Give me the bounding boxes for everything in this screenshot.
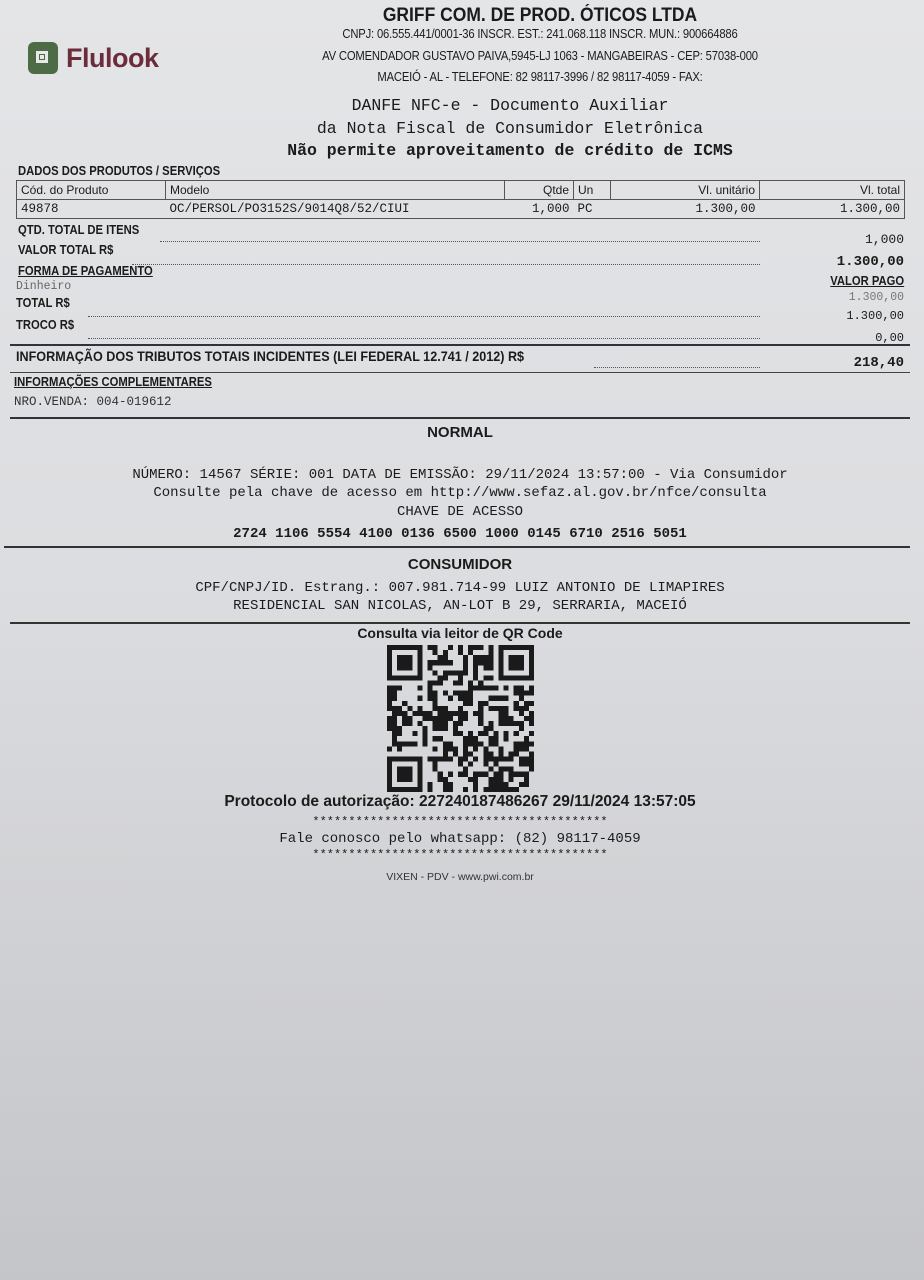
authorization-protocol: Protocolo de autorização: 22724018748626… xyxy=(160,793,760,811)
leader-dots xyxy=(88,338,760,339)
paid-value-header: VALOR PAGO xyxy=(830,274,904,288)
col-unit: Un xyxy=(574,181,611,200)
document-notice: Não permite aproveitamento de crédito de… xyxy=(220,141,800,160)
col-unit-price: Vl. unitário xyxy=(611,181,760,200)
col-qty: Qtde xyxy=(505,181,574,200)
complementary-section-title: INFORMAÇÕES COMPLEMENTARES xyxy=(14,375,212,389)
consumer-section-title: CONSUMIDOR xyxy=(300,556,620,573)
company-name: GRIFF COM. DE PROD. ÓTICOS LTDA xyxy=(301,5,779,27)
change-label: TROCO R$ xyxy=(16,318,74,332)
whatsapp-contact: Fale conosco pelo whatsapp: (82) 98117-4… xyxy=(160,831,760,847)
col-model: Modelo xyxy=(166,181,505,200)
total-value-label: VALOR TOTAL R$ xyxy=(18,243,113,257)
software-credit: VIXEN - PDV - www.pwi.com.br xyxy=(260,871,660,883)
taxes-label: INFORMAÇÃO DOS TRIBUTOS TOTAIS INCIDENTE… xyxy=(16,348,524,364)
divider xyxy=(10,417,910,419)
payment-method: Dinheiro xyxy=(16,280,71,293)
document-title-line1: DANFE NFC-e - Documento Auxiliar xyxy=(220,96,800,115)
divider xyxy=(10,372,910,373)
product-unit: PC xyxy=(574,200,611,219)
qty-total-value: 1,000 xyxy=(865,232,904,247)
payment-method-value: 1.300,00 xyxy=(849,291,904,304)
leader-dots xyxy=(88,316,760,317)
total-value: 1.300,00 xyxy=(837,254,904,270)
access-key: 2724 1106 5554 4100 0136 6500 1000 0145 … xyxy=(40,526,880,542)
consumer-address: RESIDENCIAL SAN NICOLAS, AN-LOT B 29, SE… xyxy=(40,598,880,614)
document-title-line2: da Nota Fiscal de Consumidor Eletrônica xyxy=(220,119,800,138)
product-unit-price: 1.300,00 xyxy=(611,200,760,219)
product-code: 49878 xyxy=(17,200,166,219)
col-total: Vl. total xyxy=(760,181,905,200)
payment-section-title: FORMA DE PAGAMENTO xyxy=(18,264,153,278)
table-row: 49878 OC/PERSOL/PO3152S/9014Q8/52/CIUI 1… xyxy=(17,200,905,219)
flulook-logo-icon xyxy=(28,42,58,74)
col-code: Cód. do Produto xyxy=(17,181,166,200)
payment-total-label: TOTAL R$ xyxy=(16,296,70,310)
emission-number-line: NÚMERO: 14567 SÉRIE: 001 DATA DE EMISSÃO… xyxy=(40,467,880,483)
issuer-city-phone: MACEIÓ - AL - TELEFONE: 82 98117-3996 / … xyxy=(279,70,801,84)
leader-dots xyxy=(160,241,760,242)
consumer-id: CPF/CNPJ/ID. Estrang.: 007.981.714-99 LU… xyxy=(40,580,880,596)
stars-separator: ****************************************… xyxy=(160,848,760,862)
emission-consult-line: Consulte pela chave de acesso em http://… xyxy=(40,485,880,501)
brand-name: Flulook xyxy=(66,43,159,74)
qr-code-icon[interactable] xyxy=(387,645,534,792)
access-key-title: CHAVE DE ACESSO xyxy=(40,504,880,520)
products-section-title: DADOS DOS PRODUTOS / SERVIÇOS xyxy=(18,164,220,178)
leader-dots xyxy=(594,367,760,368)
leader-dots xyxy=(132,264,760,265)
payment-total-value: 1.300,00 xyxy=(846,309,904,323)
brand-logo: Flulook xyxy=(28,42,159,74)
divider xyxy=(10,344,910,346)
product-model: OC/PERSOL/PO3152S/9014Q8/52/CIUI xyxy=(166,200,505,219)
issuer-registration: CNPJ: 06.555.441/0001-36 INSCR. EST.: 24… xyxy=(279,27,801,41)
stars-separator: ****************************************… xyxy=(160,815,760,829)
qty-total-label: QTD. TOTAL DE ITENS xyxy=(18,223,139,237)
qr-title: Consulta via leitor de QR Code xyxy=(260,625,660,641)
divider xyxy=(10,622,910,624)
product-qty: 1,000 xyxy=(505,200,574,219)
sale-number: NRO.VENDA: 004-019612 xyxy=(14,395,172,409)
divider xyxy=(4,546,910,548)
emission-type: NORMAL xyxy=(300,424,620,441)
receipt-page: Flulook GRIFF COM. DE PROD. ÓTICOS LTDA … xyxy=(0,0,924,1280)
change-value: 0,00 xyxy=(875,331,904,345)
issuer-address: AV COMENDADOR GUSTAVO PAIVA,5945-LJ 1063… xyxy=(279,49,801,63)
product-total: 1.300,00 xyxy=(760,200,905,219)
products-table: Cód. do Produto Modelo Qtde Un Vl. unitá… xyxy=(16,180,905,219)
taxes-value: 218,40 xyxy=(854,355,904,371)
